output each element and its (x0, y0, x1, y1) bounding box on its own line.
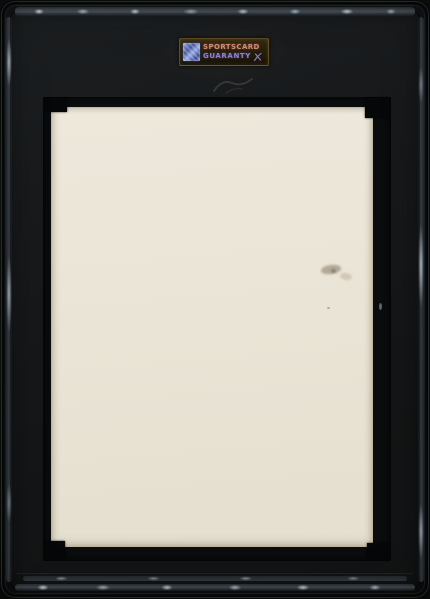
card-speck (327, 307, 330, 309)
athlete-logo-icon (253, 52, 263, 62)
slabbed-card-photo: SPORTSCARD GUARANTY (0, 0, 430, 599)
grading-label: SPORTSCARD GUARANTY (179, 38, 269, 66)
slab-face-bottom-seam (17, 573, 413, 574)
slab-corner-tab-bottom-left (45, 541, 65, 559)
slab-corner-tab-bottom-right (367, 543, 389, 559)
slab-corner-tab-top-left (45, 98, 67, 112)
slab-right-edge-highlight (418, 17, 424, 582)
slab-bottom-edge-highlight (15, 584, 415, 591)
slab-bottom-inner-edge-highlight (23, 576, 407, 581)
slab-top-edge-highlight (15, 7, 415, 16)
slab-corner-tab-top-right (365, 98, 389, 118)
slab-left-edge-highlight (6, 17, 12, 582)
grader-name-line2: GUARANTY (203, 52, 251, 61)
frame-dust-speck (379, 303, 382, 310)
grading-label-text: SPORTSCARD GUARANTY (203, 43, 263, 62)
grading-slab: SPORTSCARD GUARANTY (1, 1, 429, 598)
holo-square-icon (183, 43, 200, 61)
graded-card-back (51, 107, 373, 547)
scratch-mark (206, 67, 266, 99)
card-stain-dark-spot (331, 269, 336, 273)
grader-name-line1: SPORTSCARD (203, 43, 263, 52)
